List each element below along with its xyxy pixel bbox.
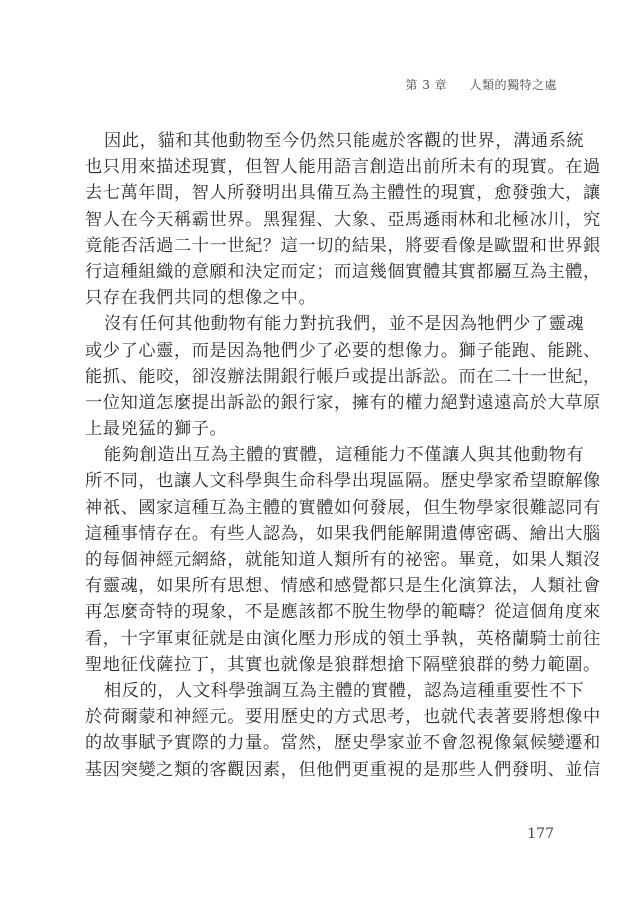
text-line: 能夠創造出互為主體的實體，這種能力不僅讓人與其他動物有	[85, 442, 557, 468]
text-line: 沒有任何其他動物有能力對抗我們，並不是因為牠們少了靈魂	[85, 311, 557, 337]
text-line: 於荷爾蒙和神經元。要用歷史的方式思考，也就代表著要將想像中	[85, 704, 557, 730]
text-line: 能抓、能咬，卻沒辦法開銀行帳戶或提出訴訟。而在二十一世紀，	[85, 364, 557, 390]
text-line: 只存在我們共同的想像之中。	[85, 285, 557, 311]
text-line: 或少了心靈，而是因為牠們少了必要的想像力。獅子能跑、能跳、	[85, 338, 557, 364]
text-line: 聖地征伐薩拉丁，其實也就像是狼群想搶下隔壁狼群的勢力範圍。	[85, 652, 557, 678]
text-line: 因此，貓和其他動物至今仍然只能處於客觀的世界，溝通系統	[85, 128, 557, 154]
text-line: 的每個神經元網絡，就能知道人類所有的祕密。畢竟，如果人類沒	[85, 547, 557, 573]
paragraph-3: 能夠創造出互為主體的實體，這種能力不僅讓人與其他動物有 所不同，也讓人文科學與生…	[85, 442, 557, 678]
text-line: 再怎麼奇特的現象，不是應該都不脫生物學的範疇？從這個角度來	[85, 599, 557, 625]
text-line: 神祇、國家這種互為主體的實體如何發展，但生物學家很難認同有	[85, 495, 557, 521]
text-line: 這種事情存在。有些人認為，如果我們能解開遺傳密碼、繪出大腦	[85, 521, 557, 547]
book-page: 第 3 章 人類的獨特之處 因此，貓和其他動物至今仍然只能處於客觀的世界，溝通系…	[0, 0, 641, 900]
body-text: 因此，貓和其他動物至今仍然只能處於客觀的世界，溝通系統 也只用來描述現實，但智人…	[85, 128, 557, 783]
page-number: 177	[527, 826, 554, 842]
running-header: 第 3 章 人類的獨特之處	[405, 76, 557, 93]
text-line: 智人在今天稱霸世界。黑猩猩、大象、亞馬遜雨林和北極冰川，究	[85, 207, 557, 233]
chapter-label: 第 3 章	[405, 78, 447, 92]
paragraph-2: 沒有任何其他動物有能力對抗我們，並不是因為牠們少了靈魂 或少了心靈，而是因為牠們…	[85, 311, 557, 442]
text-line: 一位知道怎麼提出訴訟的銀行家，擁有的權力絕對遠遠高於大草原	[85, 390, 557, 416]
text-line: 有靈魂，如果所有思想、情感和感覺都只是生化演算法，人類社會	[85, 573, 557, 599]
paragraph-4: 相反的，人文科學強調互為主體的實體，認為這種重要性不下 於荷爾蒙和神經元。要用歷…	[85, 678, 557, 783]
text-line: 也只用來描述現實，但智人能用語言創造出前所未有的現實。在過	[85, 154, 557, 180]
text-line: 竟能否活過二十一世紀？這一切的結果，將要看像是歐盟和世界銀	[85, 233, 557, 259]
paragraph-1: 因此，貓和其他動物至今仍然只能處於客觀的世界，溝通系統 也只用來描述現實，但智人…	[85, 128, 557, 311]
text-line: 所不同，也讓人文科學與生命科學出現區隔。歷史學家希望瞭解像	[85, 468, 557, 494]
chapter-title: 人類的獨特之處	[469, 78, 557, 92]
text-line: 相反的，人文科學強調互為主體的實體，認為這種重要性不下	[85, 678, 557, 704]
text-line: 行這種組織的意願和決定而定；而這幾個實體其實都屬互為主體，	[85, 259, 557, 285]
text-line: 的故事賦予實際的力量。當然，歷史學家並不會忽視像氣候變遷和	[85, 730, 557, 756]
text-line: 基因突變之類的客觀因素，但他們更重視的是那些人們發明、並信	[85, 757, 557, 783]
text-line: 看，十字軍東征就是由演化壓力形成的領土爭執，英格蘭騎士前往	[85, 626, 557, 652]
text-line: 上最兇猛的獅子。	[85, 416, 557, 442]
text-line: 去七萬年間，智人所發明出具備互為主體性的現實，愈發強大，讓	[85, 180, 557, 206]
